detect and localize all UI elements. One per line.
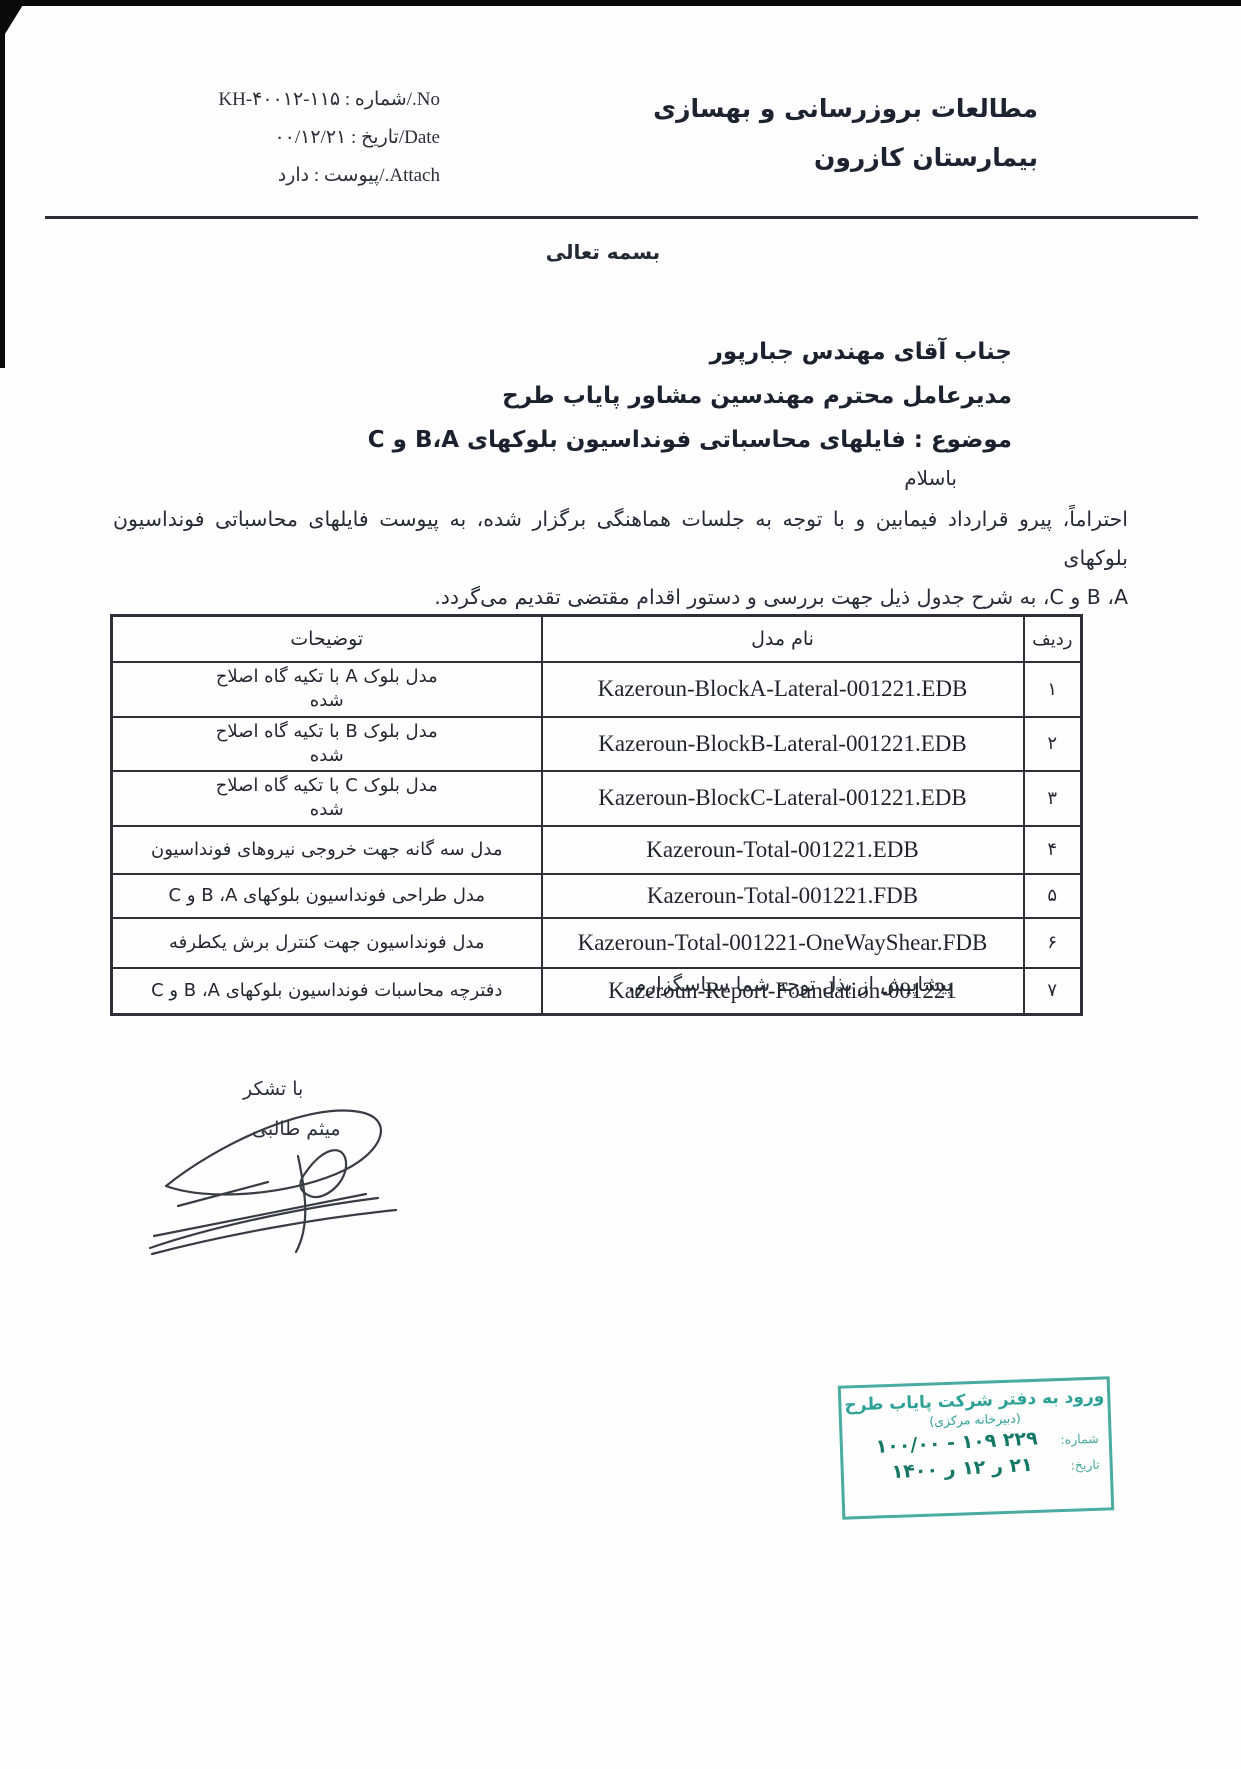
model-name-cell: Kazeroun-Total-001221-OneWayShear.FDB: [542, 918, 1024, 968]
model-name-cell: Kazeroun-Total-001221.EDB: [542, 826, 1024, 874]
header-cell-row: ردیف: [1024, 616, 1082, 663]
ref-number-value: KH-۴۰۰۱۲-۱۱۵: [218, 89, 340, 110]
closing-line: پیشاپیش از بذل توجه شما سپاسگزارم.: [628, 972, 953, 996]
row-number-cell: ۱: [1024, 662, 1082, 717]
model-name-cell: Kazeroun-BlockC-Lateral-001221.EDB: [542, 771, 1024, 826]
ref-date-value: ۰۰/۱۲/۲۱: [274, 127, 346, 148]
ref-attach-row: Attach./پیوست : دارد: [40, 162, 440, 190]
signature-scribble-icon: [148, 1086, 398, 1256]
model-name-cell: Kazeroun-BlockB-Lateral-001221.EDB: [542, 717, 1024, 772]
table-header-row: ردیف نام مدل توضیحات: [112, 616, 1082, 663]
row-number-cell: ۷: [1024, 968, 1082, 1015]
recipient-name: جناب آقای مهندس جبارپور: [368, 330, 1012, 374]
body-line-2: B ،A و C، به شرح جدول ذیل جهت بررسی و دس…: [113, 578, 1128, 617]
description-cell: مدل فونداسیون جهت کنترل برش یکطرفه: [112, 918, 542, 968]
table-row: ۳ Kazeroun-BlockC-Lateral-001221.EDB مدل…: [112, 771, 1082, 826]
model-name-cell: Kazeroun-Total-001221.FDB: [542, 874, 1024, 918]
row-number-cell: ۳: [1024, 771, 1082, 826]
stamp-date-label: تاریخ:: [1070, 1456, 1100, 1472]
entry-stamp: ورود به دفتر شرکت پایاب طرح (دبیرخانه مر…: [838, 1376, 1115, 1519]
description-cell: مدل بلوک B با تکیه گاه اصلاح شده: [112, 717, 542, 772]
description-cell: دفترچه محاسبات فونداسیون بلوکهای B ،A و …: [112, 968, 542, 1015]
ref-date-label: Date/تاریخ :: [351, 127, 440, 148]
ref-number-row: No./شماره : KH-۴۰۰۱۲-۱۱۵: [40, 86, 440, 114]
recipient-title: مدیرعامل محترم مهندسین مشاور پایاب طرح: [368, 374, 1012, 418]
header-cell-model: نام مدل: [542, 616, 1024, 663]
description-cell: مدل بلوک C با تکیه گاه اصلاح شده: [112, 771, 542, 826]
description-cell: مدل سه گانه جهت خروجی نیروهای فونداسیون: [112, 826, 542, 874]
table-row: ۲ Kazeroun-BlockB-Lateral-001221.EDB مدل…: [112, 717, 1082, 772]
ref-number-label: No./شماره :: [345, 89, 440, 110]
salutation: باسلام: [904, 466, 957, 490]
org-line-2: بیمارستان کازرون: [618, 133, 1038, 182]
header-cell-desc: توضیحات: [112, 616, 542, 663]
body-paragraph: احتراماً، پیرو قرارداد فیمابین و با توجه…: [113, 500, 1128, 617]
scan-corner-artifact: [0, 0, 26, 42]
ref-attach-label: Attach./پیوست :: [314, 165, 440, 186]
scanned-letter-page: No./شماره : KH-۴۰۰۱۲-۱۱۵ Date/تاریخ : ۰۰…: [0, 0, 1241, 1769]
letterhead-organization: مطالعات بروزرسانی و بهسازی بیمارستان کاز…: [618, 84, 1038, 182]
description-cell: مدل طراحی فونداسیون بلوکهای B ،A و C: [112, 874, 542, 918]
scan-edge-top: [0, 0, 1241, 6]
model-name-cell: Kazeroun-BlockA-Lateral-001221.EDB: [542, 662, 1024, 717]
scan-edge-left: [0, 0, 5, 368]
files-table: ردیف نام مدل توضیحات ۱ Kazeroun-BlockA-L…: [110, 614, 1083, 1016]
org-line-1: مطالعات بروزرسانی و بهسازی: [618, 84, 1038, 133]
header-divider: [45, 216, 1198, 219]
row-number-cell: ۶: [1024, 918, 1082, 968]
row-number-cell: ۵: [1024, 874, 1082, 918]
body-line-1: احتراماً، پیرو قرارداد فیمابین و با توجه…: [113, 500, 1128, 578]
bismillah-heading: بسمه تعالی: [528, 240, 678, 264]
table-row: ۴ Kazeroun-Total-001221.EDB مدل سه گانه …: [112, 826, 1082, 874]
table-row: ۱ Kazeroun-BlockA-Lateral-001221.EDB مدل…: [112, 662, 1082, 717]
recipient-block: جناب آقای مهندس جبارپور مدیرعامل محترم م…: [368, 330, 1012, 462]
row-number-cell: ۲: [1024, 717, 1082, 772]
description-cell: مدل بلوک A با تکیه گاه اصلاح شده: [112, 662, 542, 717]
ref-date-row: Date/تاریخ : ۰۰/۱۲/۲۱: [40, 124, 440, 152]
reference-block: No./شماره : KH-۴۰۰۱۲-۱۱۵ Date/تاریخ : ۰۰…: [40, 86, 440, 200]
ref-attach-value: دارد: [278, 165, 309, 186]
table-row: ۶ Kazeroun-Total-001221-OneWayShear.FDB …: [112, 918, 1082, 968]
table-row: ۵ Kazeroun-Total-001221.FDB مدل طراحی فو…: [112, 874, 1082, 918]
stamp-number-label: شماره:: [1060, 1430, 1099, 1446]
row-number-cell: ۴: [1024, 826, 1082, 874]
subject-line: موضوع : فایلهای محاسباتی فونداسیون بلوکه…: [368, 418, 1012, 462]
